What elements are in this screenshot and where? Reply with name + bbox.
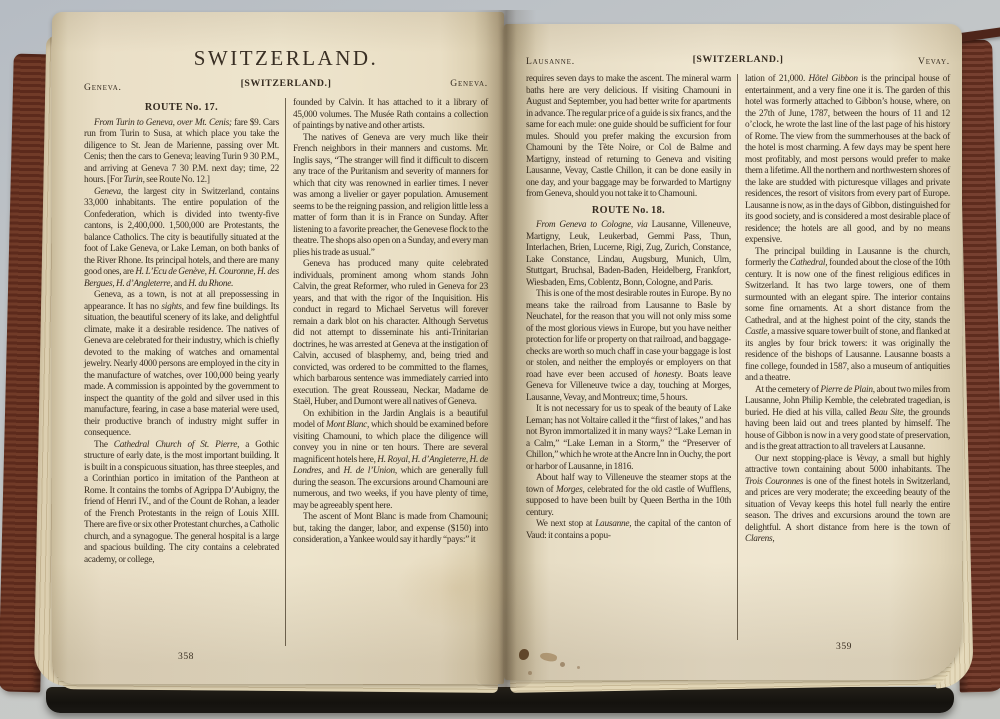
text-column: ROUTE No. 17.From Turin to Geneva, over … xyxy=(84,98,285,646)
paragraph: Geneva, the largest city in Switzerland,… xyxy=(84,187,279,291)
paragraph: The ascent of Mont Blanc is made from Ch… xyxy=(293,512,488,547)
text-segment: Cathedral xyxy=(790,258,825,268)
text-segment: Geneva xyxy=(94,187,121,197)
running-head-right: Vevay. xyxy=(783,56,950,67)
text-segment: honesty xyxy=(654,370,681,380)
running-head-center: [SWITZERLAND.] xyxy=(241,78,332,89)
paragraph: We next stop at Lausanne, the capital of… xyxy=(526,519,731,542)
text-segment: From Geneva to Cologne, via xyxy=(536,220,652,230)
paragraph: It is not necessary for us to speak of t… xyxy=(526,404,731,473)
text-segment: H. de l’Union xyxy=(344,466,395,476)
paragraph: At the cemetery of Pierre de Plain, abou… xyxy=(745,385,950,454)
paragraph: About half way to Villeneuve the steamer… xyxy=(526,473,731,519)
text-segment: , and few fine buildings. Its situation,… xyxy=(84,302,279,439)
text-segment: , a Gothic structure of early date, is t… xyxy=(84,440,279,565)
text-segment: From Turin to Geneva, over Mt. Cenis; xyxy=(94,118,234,128)
paragraph: Our next stopping-place is Vevay, a smal… xyxy=(745,454,950,546)
route-heading: ROUTE No. 18. xyxy=(526,205,731,217)
running-head-left: Lausanne. xyxy=(526,56,693,67)
text-segment: , founded about the close of the 10th ce… xyxy=(745,258,950,326)
text-segment: Trois Couronnes xyxy=(745,477,803,487)
left-page: SWITZERLAND. Geneva. [SWITZERLAND.] Gene… xyxy=(52,12,504,684)
right-page: Lausanne. [SWITZERLAND.] Vevay. requires… xyxy=(504,24,962,680)
paragraph: From Geneva to Cologne, via Lausanne, Vi… xyxy=(526,220,731,289)
text-segment: is the principal house of entertainment,… xyxy=(745,74,950,245)
text-segment: Geneva has produced many quite celebrate… xyxy=(293,259,488,407)
route-heading: ROUTE No. 17. xyxy=(84,102,279,114)
text-segment: Pierre de Plain xyxy=(820,385,872,395)
text-segment: , xyxy=(772,534,774,544)
text-segment: We next stop at xyxy=(536,519,595,529)
text-segment: H. du Rhone. xyxy=(188,279,233,289)
paragraph: requires seven days to make the ascent. … xyxy=(526,74,731,201)
paragraph: Geneva, as a town, is not at all preposs… xyxy=(84,290,279,440)
running-head-left: Geneva. xyxy=(84,82,241,93)
text-columns: requires seven days to make the ascent. … xyxy=(526,74,950,640)
text-segment: Castle xyxy=(745,327,767,337)
paragraph: The principal building in Lausanne is th… xyxy=(745,247,950,385)
text-segment: Turin xyxy=(124,175,143,185)
paragraph: founded by Calvin. It has attached to it… xyxy=(293,98,488,133)
paragraph: On exhibition in the Jardin Anglais is a… xyxy=(293,409,488,513)
running-head-center: [SWITZERLAND.] xyxy=(693,54,784,65)
text-segment: Beau Site xyxy=(869,408,903,418)
text-segment: This is one of the most desirable routes… xyxy=(526,289,731,380)
text-column: founded by Calvin. It has attached to it… xyxy=(285,98,488,646)
text-column: lation of 21,000. Hôtel Gibbon is the pr… xyxy=(737,74,950,640)
text-segment: lation of 21,000. xyxy=(745,74,809,84)
text-segment: Our next stopping-place is xyxy=(755,454,856,464)
text-segment: It is not necessary for us to speak of t… xyxy=(526,404,731,472)
page-title: SWITZERLAND. xyxy=(84,46,488,71)
text-segment: The ascent of Mont Blanc is made from Ch… xyxy=(293,512,488,545)
text-segment: requires seven days to make the ascent. … xyxy=(526,74,731,199)
text-segment: Morges xyxy=(556,485,583,495)
text-segment: , see Route No. 12.] xyxy=(143,175,210,185)
page-number: 358 xyxy=(166,651,206,662)
text-segment: At the cemetery of xyxy=(755,385,820,395)
paragraph: Geneva has produced many quite celebrate… xyxy=(293,259,488,409)
text-segment: , the largest city in Switzerland, conta… xyxy=(84,187,279,278)
text-segment: The natives of Geneva are very much like… xyxy=(293,133,488,258)
text-segment: Lausanne xyxy=(595,519,629,529)
paragraph: The Cathedral Church of St. Pierre, a Go… xyxy=(84,440,279,567)
text-segment: Clarens xyxy=(745,534,772,544)
text-segment: founded by Calvin. It has attached to it… xyxy=(293,98,488,131)
paragraph: The natives of Geneva are very much like… xyxy=(293,133,488,260)
book-bottom-shadow xyxy=(46,687,954,713)
text-columns: ROUTE No. 17.From Turin to Geneva, over … xyxy=(84,98,488,646)
text-segment: and xyxy=(172,279,188,289)
text-segment: , a massive square tower built of stone,… xyxy=(745,327,950,383)
text-segment: The xyxy=(94,440,114,450)
running-head-right: Geneva. xyxy=(331,78,488,89)
paragraph: lation of 21,000. Hôtel Gibbon is the pr… xyxy=(745,74,950,247)
text-segment: sights xyxy=(161,302,181,312)
photo-background: SWITZERLAND. Geneva. [SWITZERLAND.] Gene… xyxy=(0,0,1000,719)
text-segment: Vevay xyxy=(856,454,876,464)
running-head: Geneva. [SWITZERLAND.] Geneva. xyxy=(84,78,488,89)
text-segment: Lausanne, Villeneuve, Martigny, Leuk, Le… xyxy=(526,220,731,288)
page-number: 359 xyxy=(824,641,864,652)
text-segment: and xyxy=(323,466,343,476)
text-column: requires seven days to make the ascent. … xyxy=(526,74,737,640)
running-head: Lausanne. [SWITZERLAND.] Vevay. xyxy=(526,54,950,65)
paragraph: From Turin to Geneva, over Mt. Cenis; fa… xyxy=(84,118,279,187)
text-segment: Mont Blanc xyxy=(326,420,367,430)
paragraph: This is one of the most desirable routes… xyxy=(526,289,731,404)
text-segment: Cathedral Church of St. Pierre xyxy=(114,440,237,450)
text-segment: Hôtel Gibbon xyxy=(809,74,858,84)
